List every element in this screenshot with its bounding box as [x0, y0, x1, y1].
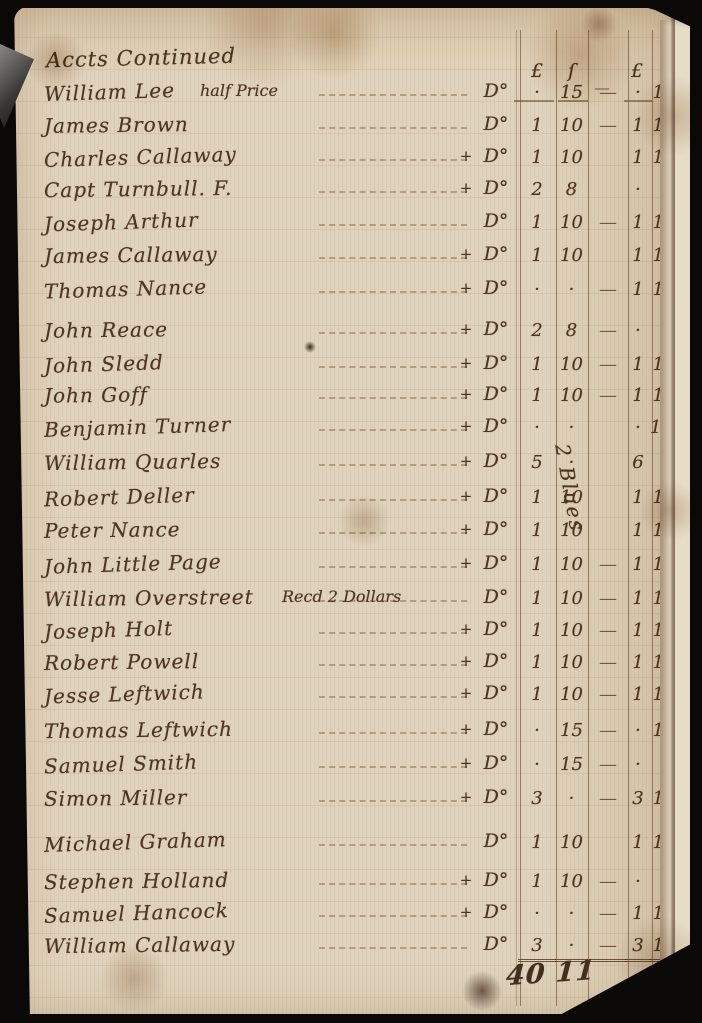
pounds-charged: 2: [518, 318, 556, 344]
row-note: Recd 2 Dollars: [282, 587, 401, 606]
dash-leader: [319, 844, 467, 846]
cross-mark: +: [458, 754, 474, 772]
cross-mark: +: [458, 652, 474, 670]
column-dash: —: [589, 210, 627, 236]
dash-leader: [319, 800, 467, 802]
pounds-charged: 1: [518, 113, 556, 139]
shillings-charged: 10: [555, 618, 588, 644]
dash-leader: [319, 696, 467, 698]
debtor-name: Joseph Arthur: [44, 208, 199, 237]
ledger-row: Jesse Leftwich + D° 1 10 — 1 16: [14, 682, 690, 712]
ledger-row: Michael Graham D° 1 10 1 10: [14, 830, 690, 860]
dash-leader: [319, 464, 467, 466]
debtor-name: William Callaway: [44, 932, 236, 958]
ledger-row: Thomas Leftwich + D° · 15 — · 18: [14, 718, 690, 748]
ledger-row: James Callaway + D° 1 10 1 16 Jos: [14, 243, 690, 273]
shillings-charged: 15: [555, 752, 588, 778]
ditto-mark: D°: [476, 518, 516, 540]
shillings-charged: 10: [555, 352, 588, 378]
ledger-row: Samuel Hancock + D° · · — 1 10: [14, 901, 690, 931]
dash-leader: [319, 332, 467, 334]
debtor-name: Joseph Holt: [44, 616, 174, 644]
pounds-second: 1: [625, 682, 651, 708]
pounds-charged: 1: [518, 869, 556, 895]
debtor-name: Robert Powell: [44, 649, 199, 675]
pounds-charged: 1: [518, 650, 556, 676]
debtor-name: Simon Miller: [44, 785, 188, 811]
dash-leader: [319, 947, 467, 949]
cross-mark: +: [458, 452, 474, 470]
ledger-row: John Sledd + D° 1 10 — 1 16 Jar: [14, 352, 690, 382]
pounds-second: 3: [625, 786, 651, 812]
dash-leader: [319, 224, 467, 226]
dash-leader: [319, 766, 467, 768]
column-dash: [589, 518, 627, 544]
cross-mark: +: [458, 354, 474, 372]
column-dash: —: [589, 752, 627, 778]
ledger-row: Robert Powell + D° 1 10 — 1 16: [14, 650, 690, 680]
column-dash: —: [589, 650, 627, 676]
debtor-name: William Overstreet: [44, 585, 254, 612]
ditto-mark: D°: [476, 450, 516, 472]
ditto-mark: D°: [476, 901, 516, 923]
column-dash: —: [589, 277, 627, 303]
pounds-charged: ·: [518, 80, 556, 106]
pounds-second: 1: [625, 618, 651, 644]
shillings-charged: 10: [555, 650, 588, 676]
ledger-row: William Quarles + D° 5 · 6 · Re: [14, 450, 690, 480]
column-dash: —: [589, 718, 627, 744]
column-dash: [589, 145, 627, 171]
column-dash: [589, 485, 627, 511]
ledger-photo: Accts Continued £ ſ — £ Rec William Lee …: [0, 0, 702, 1023]
column-dash: —: [589, 80, 627, 106]
debtor-name: Michael Graham: [44, 827, 227, 857]
dash-leader: [319, 883, 467, 885]
ditto-mark: D°: [476, 869, 516, 891]
column-dash: —: [589, 618, 627, 644]
column-dash: [589, 450, 627, 476]
shilling-column-header: ſ: [555, 60, 588, 82]
dash-leader: [319, 257, 467, 259]
ledger-row: Joseph Arthur D° 1 10 — 1 16 John: [14, 210, 690, 240]
column-dash: —: [589, 869, 627, 895]
pounds-second: 1: [625, 352, 651, 378]
page-title: Accts Continued: [46, 44, 236, 73]
ditto-mark: D°: [476, 318, 516, 340]
dash-leader: [319, 566, 467, 568]
pounds-charged: 1: [518, 243, 556, 269]
ditto-mark: D°: [476, 786, 516, 808]
debtor-name: Peter Nance: [44, 517, 181, 543]
dash-leader: [319, 532, 467, 534]
ledger-row: John Goff + D° 1 10 — 1 16 Sa: [14, 383, 690, 413]
debtor-name: Robert Deller: [44, 483, 195, 512]
pounds-charged: 1: [518, 352, 556, 378]
pounds-charged: 1: [518, 485, 556, 511]
dash-leader: [319, 127, 467, 129]
ditto-mark: D°: [476, 113, 516, 135]
cross-mark: +: [458, 620, 474, 638]
ditto-mark: D°: [476, 415, 516, 437]
shillings-charged: 10: [555, 682, 588, 708]
ledger-row: Samuel Smith + D° · 15 — ·: [14, 752, 690, 782]
shillings-charged: 15: [555, 80, 588, 106]
pounds-charged: 1: [518, 383, 556, 409]
pounds-second: ·: [625, 718, 651, 744]
cross-mark: +: [458, 279, 474, 297]
dash-leader: [319, 366, 467, 368]
column-dash: —: [589, 113, 627, 139]
pounds-charged: ·: [518, 277, 556, 303]
pounds-charged: ·: [518, 752, 556, 778]
cross-mark: +: [458, 487, 474, 505]
debtor-name: Thomas Leftwich: [44, 717, 233, 743]
debtor-name: Stephen Holland: [44, 868, 229, 894]
cross-mark: +: [458, 147, 474, 165]
column-dash: [589, 830, 627, 856]
dash-leader: [319, 600, 467, 602]
dash-leader: [319, 159, 467, 161]
pounds-second: 1: [625, 552, 651, 578]
photo-background: [0, 0, 702, 8]
column-dash: —: [589, 383, 627, 409]
pounds-second: ·: [625, 318, 651, 344]
pounds-second: 1: [625, 113, 651, 139]
shillings-charged: 15: [555, 718, 588, 744]
column-dash: [589, 415, 627, 441]
pounds-charged: 1: [518, 518, 556, 544]
shillings-charged: 8: [555, 177, 588, 203]
shillings-charged: ·: [555, 901, 588, 927]
ditto-mark: D°: [476, 485, 516, 507]
cross-mark: +: [458, 179, 474, 197]
shillings-charged: 10: [555, 830, 588, 856]
debtor-name: Jesse Leftwich: [44, 679, 205, 708]
debtor-name: Charles Callaway: [44, 142, 237, 172]
ledger-row: James Brown D° 1 10 — 1 16 (lon: [14, 113, 690, 143]
pounds-second: 1: [625, 586, 651, 612]
pounds-charged: 1: [518, 552, 556, 578]
pounds-second: 1: [625, 210, 651, 236]
dash-leader: [319, 291, 467, 293]
pounds-charged: ·: [518, 901, 556, 927]
ditto-mark: D°: [476, 145, 516, 167]
pounds-second: 1: [625, 485, 651, 511]
pounds-second: 1: [625, 145, 651, 171]
column-dash: —: [589, 682, 627, 708]
ditto-mark: D°: [476, 352, 516, 374]
debtor-name: James Brown: [44, 112, 189, 138]
pounds-charged: 1: [518, 830, 556, 856]
ledger-row: John Reace + D° 2 8 — · · Ads: [14, 318, 690, 348]
pounds-second: ·: [625, 415, 651, 441]
shillings-charged: 10: [555, 869, 588, 895]
dash-leader: [319, 191, 467, 193]
ledger-row: Charles Callaway + D° 1 10 1 16 Will: [14, 145, 690, 175]
dash-leader: [319, 632, 467, 634]
pounds-second: 1: [625, 243, 651, 269]
debtor-name: William Quarles: [44, 449, 222, 475]
ditto-mark: D°: [476, 80, 516, 102]
debtor-name: John Little Page: [44, 549, 222, 579]
column-dash: [589, 243, 627, 269]
pounds-second: 6: [625, 450, 651, 476]
pounds-charged: 1: [518, 618, 556, 644]
column-dash: —: [589, 352, 627, 378]
ledger-page: Accts Continued £ ſ — £ Rec William Lee …: [14, 6, 690, 1016]
pounds-charged: 5: [518, 450, 556, 476]
debtor-name: James Callaway: [44, 242, 218, 268]
pounds-second: ·: [625, 752, 651, 778]
ditto-mark: D°: [476, 752, 516, 774]
ditto-mark: D°: [476, 383, 516, 405]
ledger-row: Capt Turnbull. F. + D° 2 8 · · Ads: [14, 177, 690, 207]
shillings-charged: 8: [555, 318, 588, 344]
photo-background: [690, 0, 702, 1023]
ditto-mark: D°: [476, 682, 516, 704]
pounds-charged: ·: [518, 415, 556, 441]
shillings-charged: ·: [555, 786, 588, 812]
debtor-name: Thomas Nance: [44, 274, 208, 303]
cross-mark: +: [458, 520, 474, 538]
dash-leader: [319, 429, 467, 431]
ledger-row: Thomas Nance + D° · · — 1 10 Ads: [14, 277, 690, 307]
pounds-charged: 3: [518, 786, 556, 812]
ditto-mark: D°: [476, 552, 516, 574]
shillings-charged: 10: [555, 383, 588, 409]
ditto-mark: D°: [476, 277, 516, 299]
ditto-mark: D°: [476, 243, 516, 265]
ledger-row: Joseph Holt + D° 1 10 — 1 16: [14, 618, 690, 648]
shillings-charged: 10: [555, 210, 588, 236]
dash-leader: [319, 499, 467, 501]
debtor-name: Capt Turnbull. F.: [44, 176, 233, 202]
pounds-second: ·: [625, 80, 651, 106]
shillings-charged: ·: [555, 277, 588, 303]
binding-crease: [670, 6, 675, 1016]
pounds-second: 1: [625, 383, 651, 409]
pounds-second: ·: [625, 869, 651, 895]
pounds-second: 1: [625, 277, 651, 303]
dash-leader: [319, 664, 467, 666]
shillings-charged: 10: [555, 243, 588, 269]
pounds-second: 1: [625, 901, 651, 927]
ditto-mark: D°: [476, 618, 516, 640]
column-dash: —: [589, 786, 627, 812]
pounds-second: 1: [625, 830, 651, 856]
cross-mark: +: [458, 320, 474, 338]
debtor-name: John Reace: [44, 317, 168, 343]
cross-mark: +: [458, 245, 474, 263]
pounds-charged: ·: [518, 718, 556, 744]
pounds-charged: 1: [518, 145, 556, 171]
column-dash: [589, 177, 627, 203]
debtor-name: Samuel Smith: [44, 750, 199, 779]
debtor-name: Benjamin Turner: [44, 412, 232, 442]
shillings-charged: 10: [555, 113, 588, 139]
ditto-mark: D°: [476, 210, 516, 232]
column-dash: —: [589, 318, 627, 344]
ditto-mark: D°: [476, 830, 516, 852]
ditto-mark: D°: [476, 718, 516, 740]
pounds-charged: 1: [518, 210, 556, 236]
pounds-second: 1: [625, 650, 651, 676]
pound-column-header-2: £: [622, 60, 652, 82]
dash-leader: [319, 915, 467, 917]
pounds-second: 1: [625, 518, 651, 544]
ditto-mark: D°: [476, 650, 516, 672]
dash-leader: [319, 732, 467, 734]
pounds-second: ·: [625, 177, 651, 203]
cross-mark: +: [458, 871, 474, 889]
debtor-name: William Lee: [44, 78, 176, 106]
cross-mark: +: [458, 720, 474, 738]
pounds-charged: 2: [518, 177, 556, 203]
column-total: 40 11: [505, 955, 597, 992]
ledger-row: Benjamin Turner + D° · · · 12 —: [14, 415, 690, 445]
debtor-name: John Sledd: [44, 350, 164, 378]
pounds-second: 3: [625, 933, 651, 962]
ledger-row: William Lee half Price D° · 15 — · 18 Be…: [14, 80, 690, 110]
column-dash: —: [589, 901, 627, 927]
debtor-name: John Goff: [44, 382, 148, 407]
cross-mark: +: [458, 554, 474, 572]
cross-mark: +: [458, 903, 474, 921]
cross-mark: +: [458, 684, 474, 702]
shillings-charged: ·: [555, 415, 588, 441]
ledger-row: Robert Deller + D° 1 10 1 16 Leu: [14, 485, 690, 515]
cross-mark: +: [458, 385, 474, 403]
debtor-name: Samuel Hancock: [44, 898, 230, 928]
ledger-row: Simon Miller + D° 3 · — 3 12: [14, 786, 690, 816]
cross-mark: +: [458, 788, 474, 806]
row-note: half Price: [200, 81, 278, 100]
next-page-sliver: [660, 20, 690, 990]
dash-leader: [319, 397, 467, 399]
ledger-row: Stephen Holland + D° 1 10 — ·: [14, 869, 690, 899]
dash-leader: [319, 94, 467, 96]
ditto-mark: D°: [476, 933, 516, 955]
ditto-mark: D°: [476, 177, 516, 199]
cross-mark: +: [458, 417, 474, 435]
pounds-charged: 1: [518, 682, 556, 708]
pound-column-header: £: [518, 60, 556, 82]
pounds-charged: 1: [518, 586, 556, 612]
ditto-mark: D°: [476, 586, 516, 608]
shillings-charged: 10: [555, 145, 588, 171]
